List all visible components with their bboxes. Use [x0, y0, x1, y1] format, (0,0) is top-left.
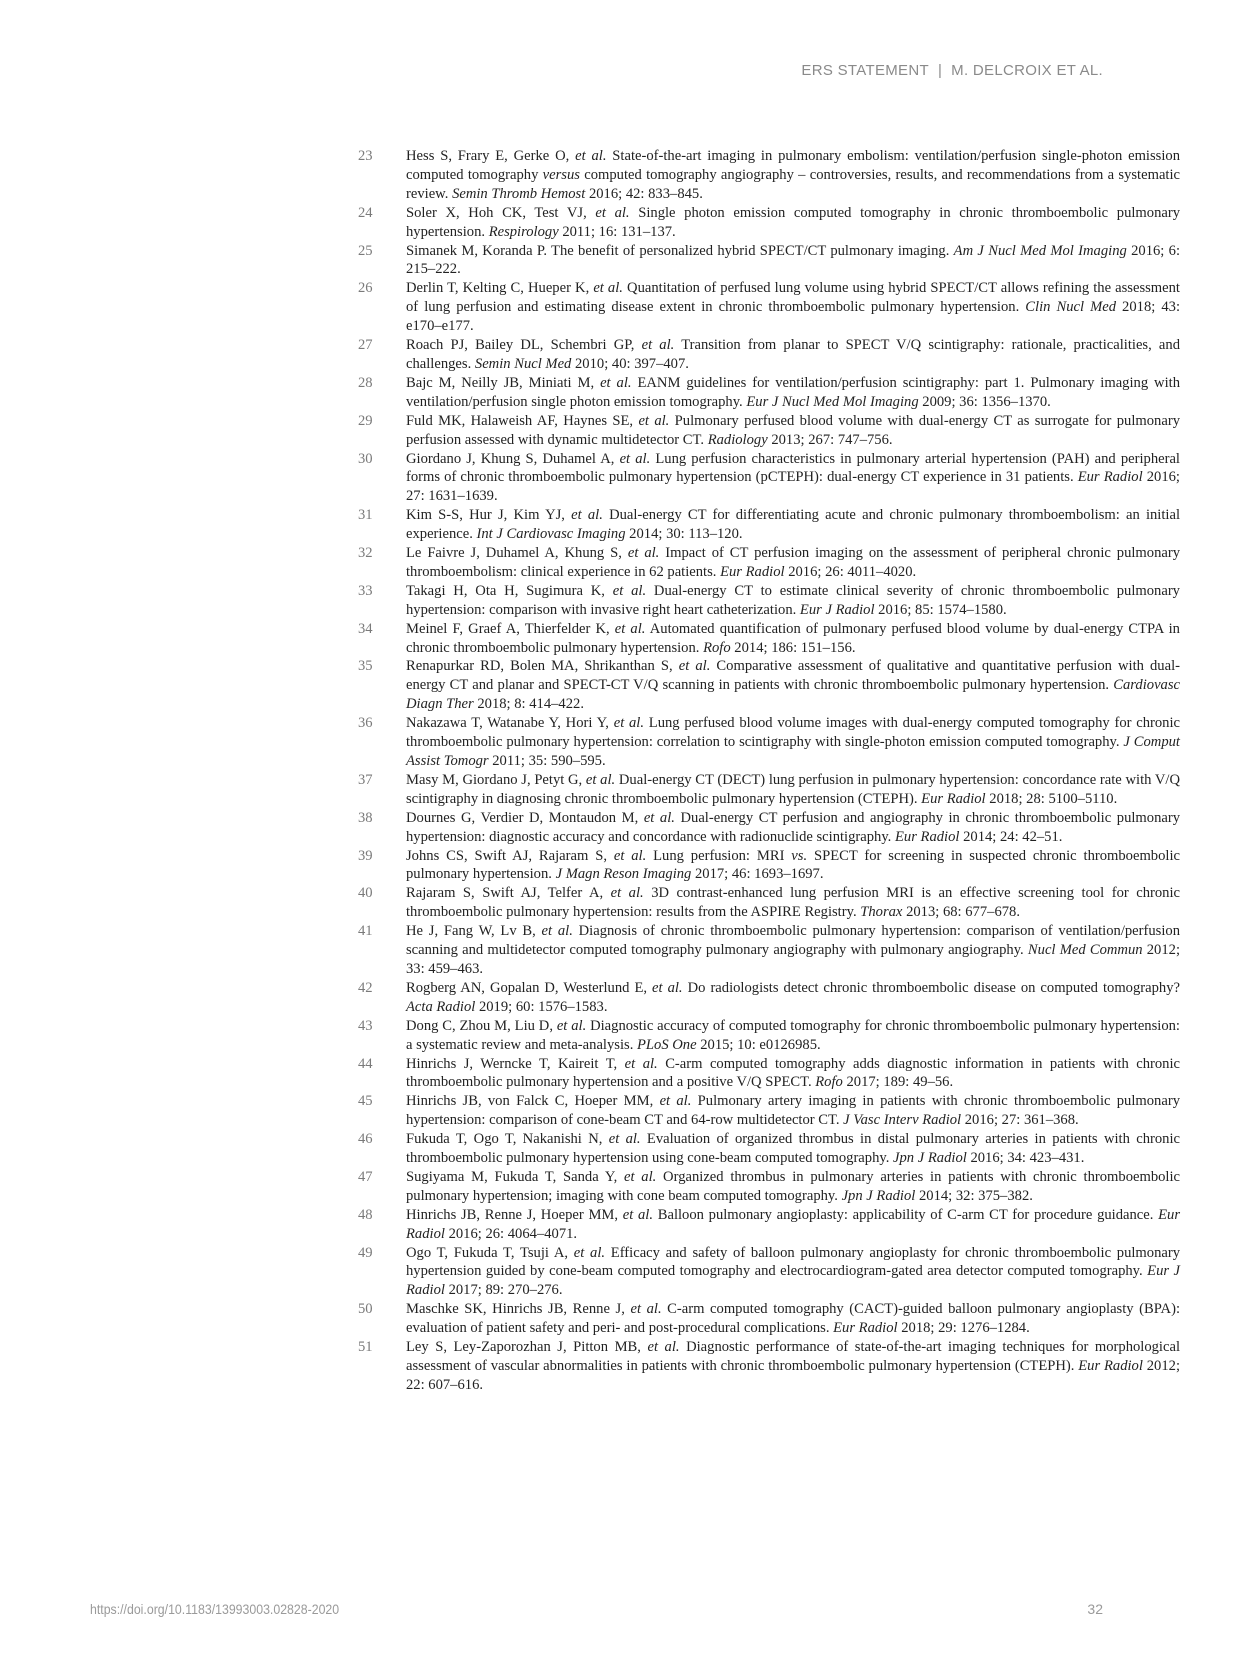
italic-segment: Jpn J Radiol — [842, 1188, 916, 1204]
text-segment: Soler X, Hoh CK, Test VJ, — [406, 205, 595, 221]
running-head-authors: M. DELCROIX ET AL. — [951, 62, 1103, 79]
reference-number: 45 — [358, 1092, 406, 1111]
italic-segment: et al. — [638, 413, 669, 429]
reference-number: 46 — [358, 1130, 406, 1149]
italic-segment: et al. — [652, 980, 683, 996]
text-segment: 2016; 27: 361–368. — [961, 1112, 1079, 1128]
text-segment: 2015; 10: e0126985. — [697, 1037, 821, 1053]
italic-segment: et al. — [542, 923, 573, 939]
reference-text: Rajaram S, Swift AJ, Telfer A, et al. 3D… — [406, 884, 1180, 922]
italic-segment: et al. — [625, 1056, 658, 1072]
reference-number: 43 — [358, 1017, 406, 1036]
italic-segment: et al. — [614, 715, 644, 731]
italic-segment: et al. — [630, 1301, 661, 1317]
reference-text: Sugiyama M, Fukuda T, Sanda Y, et al. Or… — [406, 1168, 1180, 1206]
reference-text: Hinrichs J, Werncke T, Kaireit T, et al.… — [406, 1055, 1180, 1093]
reference-number: 29 — [358, 412, 406, 431]
italic-segment: et al. — [593, 280, 623, 296]
italic-segment: Eur Radiol — [895, 829, 959, 845]
italic-segment: Jpn J Radiol — [893, 1150, 967, 1166]
page-number: 32 — [1087, 1601, 1103, 1617]
reference-number: 39 — [358, 847, 406, 866]
reference-text: Masy M, Giordano J, Petyt G, et al. Dual… — [406, 771, 1180, 809]
reference-number: 25 — [358, 242, 406, 261]
text-segment: Hinrichs JB, Renne J, Hoeper MM, — [406, 1207, 623, 1223]
reference-number: 32 — [358, 544, 406, 563]
text-segment: Renapurkar RD, Bolen MA, Shrikanthan S, — [406, 658, 679, 674]
italic-segment: Semin Nucl Med — [475, 356, 571, 372]
running-head-section: ERS STATEMENT — [801, 62, 929, 79]
text-segment: 2014; 24: 42–51. — [959, 829, 1062, 845]
reference-text: Hinrichs JB, von Falck C, Hoeper MM, et … — [406, 1092, 1180, 1130]
italic-segment: et al. — [600, 375, 631, 391]
italic-segment: et al. — [571, 507, 603, 523]
text-segment: Roach PJ, Bailey DL, Schembri GP, — [406, 337, 642, 353]
reference-list: 23Hess S, Frary E, Gerke O, et al. State… — [358, 147, 1180, 1395]
text-segment: Maschke SK, Hinrichs JB, Renne J, — [406, 1301, 630, 1317]
reference-item: 43Dong C, Zhou M, Liu D, et al. Diagnost… — [358, 1017, 1180, 1055]
reference-number: 37 — [358, 771, 406, 790]
reference-item: 24Soler X, Hoh CK, Test VJ, et al. Singl… — [358, 204, 1180, 242]
italic-segment: Eur Radiol — [1078, 469, 1143, 485]
italic-segment: et al. — [613, 583, 646, 599]
italic-segment: Thorax — [860, 904, 902, 920]
reference-item: 32Le Faivre J, Duhamel A, Khung S, et al… — [358, 544, 1180, 582]
text-segment: Hinrichs JB, von Falck C, Hoeper MM, — [406, 1093, 660, 1109]
reference-text: Dong C, Zhou M, Liu D, et al. Diagnostic… — [406, 1017, 1180, 1055]
italic-segment: Radiology — [708, 432, 768, 448]
text-segment: 2009; 36: 1356–1370. — [919, 394, 1051, 410]
text-segment: 2014; 30: 113–120. — [626, 526, 743, 542]
reference-item: 50Maschke SK, Hinrichs JB, Renne J, et a… — [358, 1300, 1180, 1338]
reference-text: Ogo T, Fukuda T, Tsuji A, et al. Efficac… — [406, 1244, 1180, 1301]
italic-segment: et al. — [611, 885, 644, 901]
text-segment: 2014; 32: 375–382. — [915, 1188, 1033, 1204]
reference-item: 31Kim S-S, Hur J, Kim YJ, et al. Dual-en… — [358, 506, 1180, 544]
text-segment: 2017; 189: 49–56. — [843, 1074, 953, 1090]
reference-item: 40Rajaram S, Swift AJ, Telfer A, et al. … — [358, 884, 1180, 922]
italic-segment: Clin Nucl Med — [1025, 299, 1116, 315]
reference-text: Simanek M, Koranda P. The benefit of per… — [406, 242, 1180, 280]
reference-text: Rogberg AN, Gopalan D, Westerlund E, et … — [406, 979, 1180, 1017]
reference-item: 45Hinrichs JB, von Falck C, Hoeper MM, e… — [358, 1092, 1180, 1130]
reference-number: 41 — [358, 922, 406, 941]
reference-text: Kim S-S, Hur J, Kim YJ, et al. Dual-ener… — [406, 506, 1180, 544]
italic-segment: et al. — [628, 545, 659, 561]
reference-item: 36Nakazawa T, Watanabe Y, Hori Y, et al.… — [358, 714, 1180, 771]
italic-segment: et al. — [609, 1131, 641, 1147]
text-segment: Takagi H, Ota H, Sugimura K, — [406, 583, 613, 599]
reference-text: Hess S, Frary E, Gerke O, et al. State-o… — [406, 147, 1180, 204]
italic-segment: Am J Nucl Med Mol Imaging — [954, 243, 1127, 259]
reference-text: Renapurkar RD, Bolen MA, Shrikanthan S, … — [406, 657, 1180, 714]
text-segment: Giordano J, Khung S, Duhamel A, — [406, 451, 620, 467]
text-segment: Fukuda T, Ogo T, Nakanishi N, — [406, 1131, 609, 1147]
reference-item: 51Ley S, Ley-Zaporozhan J, Pitton MB, et… — [358, 1338, 1180, 1395]
reference-text: Hinrichs JB, Renne J, Hoeper MM, et al. … — [406, 1206, 1180, 1244]
reference-item: 33Takagi H, Ota H, Sugimura K, et al. Du… — [358, 582, 1180, 620]
reference-item: 35Renapurkar RD, Bolen MA, Shrikanthan S… — [358, 657, 1180, 714]
reference-item: 39Johns CS, Swift AJ, Rajaram S, et al. … — [358, 847, 1180, 885]
reference-number: 23 — [358, 147, 406, 166]
reference-item: 46Fukuda T, Ogo T, Nakanishi N, et al. E… — [358, 1130, 1180, 1168]
reference-item: 23Hess S, Frary E, Gerke O, et al. State… — [358, 147, 1180, 204]
italic-segment: et al. — [586, 772, 615, 788]
reference-number: 34 — [358, 620, 406, 639]
text-segment: Kim S-S, Hur J, Kim YJ, — [406, 507, 571, 523]
italic-segment: Respirology — [489, 224, 559, 240]
reference-number: 51 — [358, 1338, 406, 1357]
italic-segment: vs. — [791, 848, 807, 864]
italic-segment: et al. — [624, 1169, 656, 1185]
reference-text: Ley S, Ley-Zaporozhan J, Pitton MB, et a… — [406, 1338, 1180, 1395]
reference-text: Fuld MK, Halaweish AF, Haynes SE, et al.… — [406, 412, 1180, 450]
reference-number: 40 — [358, 884, 406, 903]
reference-number: 35 — [358, 657, 406, 676]
reference-text: Soler X, Hoh CK, Test VJ, et al. Single … — [406, 204, 1180, 242]
text-segment: 2016; 26: 4011–4020. — [785, 564, 917, 580]
reference-item: 42Rogberg AN, Gopalan D, Westerlund E, e… — [358, 979, 1180, 1017]
italic-segment: et al. — [623, 1207, 653, 1223]
reference-number: 44 — [358, 1055, 406, 1074]
reference-item: 34Meinel F, Graef A, Thierfelder K, et a… — [358, 620, 1180, 658]
doi-link[interactable]: https://doi.org/10.1183/13993003.02828-2… — [90, 1601, 339, 1617]
text-segment: 2014; 186: 151–156. — [731, 640, 856, 656]
text-segment: 2018; 8: 414–422. — [474, 696, 584, 712]
reference-text: Le Faivre J, Duhamel A, Khung S, et al. … — [406, 544, 1180, 582]
italic-segment: Eur Radiol — [833, 1320, 897, 1336]
italic-segment: et al. — [614, 848, 646, 864]
text-segment: Ogo T, Fukuda T, Tsuji A, — [406, 1245, 574, 1261]
text-segment: Hess S, Frary E, Gerke O, — [406, 148, 575, 164]
text-segment: Masy M, Giordano J, Petyt G, — [406, 772, 586, 788]
reference-item: 44Hinrichs J, Werncke T, Kaireit T, et a… — [358, 1055, 1180, 1093]
italic-segment: Semin Thromb Hemost — [452, 186, 585, 202]
italic-segment: et al. — [620, 451, 651, 467]
text-segment: Dournes G, Verdier D, Montaudon M, — [406, 810, 644, 826]
reference-number: 36 — [358, 714, 406, 733]
text-segment: 2013; 68: 677–678. — [902, 904, 1020, 920]
text-segment: 2013; 267: 747–756. — [768, 432, 893, 448]
italic-segment: et al. — [644, 810, 675, 826]
reference-text: Nakazawa T, Watanabe Y, Hori Y, et al. L… — [406, 714, 1180, 771]
reference-item: 29Fuld MK, Halaweish AF, Haynes SE, et a… — [358, 412, 1180, 450]
text-segment: Do radiologists detect chronic thromboem… — [683, 980, 1180, 996]
italic-segment: Acta Radiol — [406, 999, 475, 1015]
text-segment: 2017; 89: 270–276. — [445, 1282, 563, 1298]
reference-number: 24 — [358, 204, 406, 223]
text-segment: Ley S, Ley-Zaporozhan J, Pitton MB, — [406, 1339, 647, 1355]
reference-item: 28Bajc M, Neilly JB, Miniati M, et al. E… — [358, 374, 1180, 412]
italic-segment: Eur Radiol — [1078, 1358, 1143, 1374]
text-segment: Le Faivre J, Duhamel A, Khung S, — [406, 545, 628, 561]
text-segment: 2017; 46: 1693–1697. — [691, 866, 823, 882]
reference-item: 47Sugiyama M, Fukuda T, Sanda Y, et al. … — [358, 1168, 1180, 1206]
reference-text: Fukuda T, Ogo T, Nakanishi N, et al. Eva… — [406, 1130, 1180, 1168]
reference-item: 41He J, Fang W, Lv B, et al. Diagnosis o… — [358, 922, 1180, 979]
italic-segment: et al. — [557, 1018, 586, 1034]
reference-text: Dournes G, Verdier D, Montaudon M, et al… — [406, 809, 1180, 847]
reference-item: 26Derlin T, Kelting C, Hueper K, et al. … — [358, 279, 1180, 336]
italic-segment: Eur Radiol — [720, 564, 784, 580]
reference-number: 50 — [358, 1300, 406, 1319]
reference-text: He J, Fang W, Lv B, et al. Diagnosis of … — [406, 922, 1180, 979]
italic-segment: J Vasc Interv Radiol — [843, 1112, 961, 1128]
text-segment: 2016; 34: 423–431. — [967, 1150, 1085, 1166]
reference-item: 38Dournes G, Verdier D, Montaudon M, et … — [358, 809, 1180, 847]
italic-segment: et al. — [660, 1093, 692, 1109]
text-segment: Bajc M, Neilly JB, Miniati M, — [406, 375, 600, 391]
reference-number: 30 — [358, 450, 406, 469]
text-segment: Hinrichs J, Werncke T, Kaireit T, — [406, 1056, 625, 1072]
reference-number: 47 — [358, 1168, 406, 1187]
text-segment: 2016; 26: 4064–4071. — [445, 1226, 577, 1242]
italic-segment: Eur Radiol — [921, 791, 985, 807]
text-segment: 2011; 35: 590–595. — [489, 753, 606, 769]
running-head-separator: | — [938, 62, 942, 79]
reference-number: 49 — [358, 1244, 406, 1263]
text-segment: Lung perfusion: MRI — [646, 848, 791, 864]
text-segment: Sugiyama M, Fukuda T, Sanda Y, — [406, 1169, 624, 1185]
text-segment: He J, Fang W, Lv B, — [406, 923, 542, 939]
reference-number: 42 — [358, 979, 406, 998]
reference-number: 33 — [358, 582, 406, 601]
reference-item: 27Roach PJ, Bailey DL, Schembri GP, et a… — [358, 336, 1180, 374]
italic-segment: et al. — [595, 205, 629, 221]
italic-segment: Eur J Nucl Med Mol Imaging — [746, 394, 918, 410]
reference-text: Bajc M, Neilly JB, Miniati M, et al. EAN… — [406, 374, 1180, 412]
italic-segment: J Magn Reson Imaging — [556, 866, 692, 882]
reference-number: 38 — [358, 809, 406, 828]
text-segment: Rogberg AN, Gopalan D, Westerlund E, — [406, 980, 652, 996]
text-segment: Balloon pulmonary angioplasty: applicabi… — [653, 1207, 1158, 1223]
italic-segment: et al. — [574, 1245, 605, 1261]
text-segment: 2018; 28: 5100–5110. — [986, 791, 1118, 807]
text-segment: Johns CS, Swift AJ, Rajaram S, — [406, 848, 614, 864]
text-segment: Derlin T, Kelting C, Hueper K, — [406, 280, 593, 296]
text-segment: 2011; 16: 131–137. — [559, 224, 676, 240]
text-segment: Meinel F, Graef A, Thierfelder K, — [406, 621, 615, 637]
reference-item: 48Hinrichs JB, Renne J, Hoeper MM, et al… — [358, 1206, 1180, 1244]
reference-item: 49Ogo T, Fukuda T, Tsuji A, et al. Effic… — [358, 1244, 1180, 1301]
text-segment: Fuld MK, Halaweish AF, Haynes SE, — [406, 413, 638, 429]
text-segment: 2018; 29: 1276–1284. — [898, 1320, 1030, 1336]
italic-segment: versus — [543, 167, 580, 183]
reference-text: Giordano J, Khung S, Duhamel A, et al. L… — [406, 450, 1180, 507]
reference-item: 25Simanek M, Koranda P. The benefit of p… — [358, 242, 1180, 280]
text-segment: Rajaram S, Swift AJ, Telfer A, — [406, 885, 611, 901]
reference-text: Johns CS, Swift AJ, Rajaram S, et al. Lu… — [406, 847, 1180, 885]
italic-segment: et al. — [647, 1339, 679, 1355]
italic-segment: PLoS One — [637, 1037, 697, 1053]
reference-number: 48 — [358, 1206, 406, 1225]
italic-segment: et al. — [615, 621, 646, 637]
text-segment: 2016; 42: 833–845. — [585, 186, 703, 202]
running-head: ERS STATEMENT|M. DELCROIX ET AL. — [801, 62, 1103, 79]
reference-text: Maschke SK, Hinrichs JB, Renne J, et al.… — [406, 1300, 1180, 1338]
text-segment: Simanek M, Koranda P. The benefit of per… — [406, 243, 954, 259]
italic-segment: Rofo — [703, 640, 731, 656]
reference-text: Takagi H, Ota H, Sugimura K, et al. Dual… — [406, 582, 1180, 620]
italic-segment: et al. — [679, 658, 711, 674]
italic-segment: et al. — [575, 148, 606, 164]
text-segment: Nakazawa T, Watanabe Y, Hori Y, — [406, 715, 614, 731]
text-segment: 2019; 60: 1576–1583. — [475, 999, 607, 1015]
italic-segment: Int J Cardiovasc Imaging — [477, 526, 626, 542]
reference-number: 26 — [358, 279, 406, 298]
reference-number: 31 — [358, 506, 406, 525]
text-segment: Dong C, Zhou M, Liu D, — [406, 1018, 557, 1034]
reference-item: 37Masy M, Giordano J, Petyt G, et al. Du… — [358, 771, 1180, 809]
reference-text: Roach PJ, Bailey DL, Schembri GP, et al.… — [406, 336, 1180, 374]
text-segment: 2016; 85: 1574–1580. — [875, 602, 1007, 618]
reference-number: 27 — [358, 336, 406, 355]
italic-segment: Eur J Radiol — [800, 602, 875, 618]
italic-segment: Rofo — [815, 1074, 843, 1090]
reference-item: 30Giordano J, Khung S, Duhamel A, et al.… — [358, 450, 1180, 507]
text-segment: 2010; 40: 397–407. — [571, 356, 689, 372]
reference-text: Meinel F, Graef A, Thierfelder K, et al.… — [406, 620, 1180, 658]
italic-segment: et al. — [642, 337, 675, 353]
reference-text: Derlin T, Kelting C, Hueper K, et al. Qu… — [406, 279, 1180, 336]
reference-number: 28 — [358, 374, 406, 393]
italic-segment: Nucl Med Commun — [1028, 942, 1143, 958]
